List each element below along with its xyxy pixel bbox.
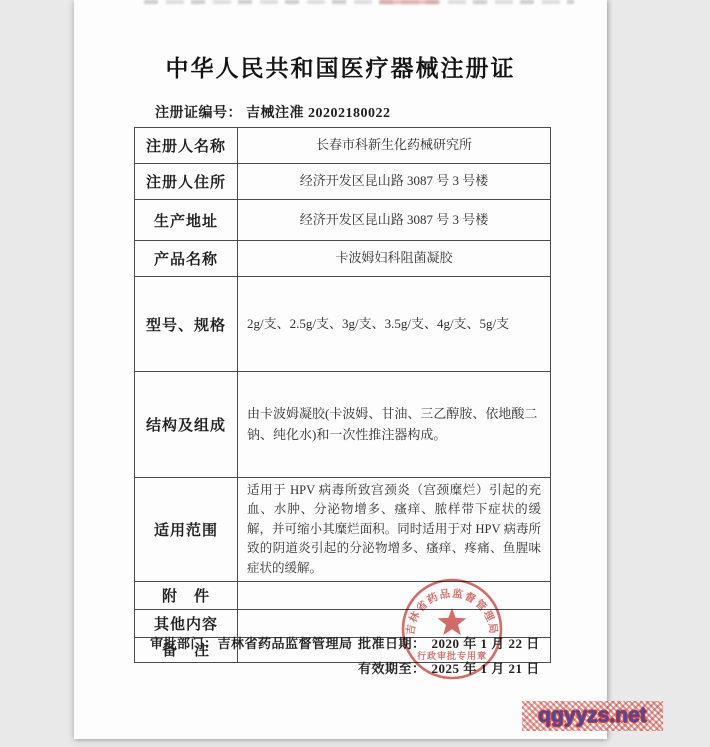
row-value: 长春市科新生化药械研究所 [238, 128, 551, 164]
site-watermark-text: qgyyzs.net [538, 704, 647, 728]
registration-number-label: 注册证编号： [155, 106, 242, 121]
table-row: 结构及组成 由卡波姆凝胶(卡波姆、甘油、三乙醇胺、依地酸二钠、纯化水)和一次性推… [135, 372, 551, 478]
row-value: 适用于 HPV 病毒所致宫颈炎（宫颈糜烂）引起的充血、水肿、分泌物增多、瘙痒、脓… [238, 478, 551, 582]
row-value: 由卡波姆凝胶(卡波姆、甘油、三乙醇胺、依地酸二钠、纯化水)和一次性推注器构成。 [238, 372, 551, 478]
scanned-certificate-stage: 中华人民共和国医疗器械注册证 注册证编号：吉械注准 20202180022 注册… [0, 0, 710, 747]
table-row: 生产地址 经济开发区昆山路 3087 号 3 号楼 [135, 200, 551, 241]
approval-date-line: 批准日期：2020 年 1 月 22 日 [358, 633, 540, 652]
approval-department-line: 审批部门：吉林省药品监督管理局 [150, 633, 353, 652]
row-label: 附 件 [135, 581, 238, 609]
row-label: 生产地址 [135, 200, 238, 241]
registration-number-line: 注册证编号：吉械注准 20202180022 [155, 102, 391, 122]
certificate-table: 注册人名称 长春市科新生化药械研究所 注册人住所 经济开发区昆山路 3087 号… [134, 127, 551, 663]
approval-department-value: 吉林省药品监督管理局 [218, 636, 353, 651]
certificate-page: 中华人民共和国医疗器械注册证 注册证编号：吉械注准 20202180022 注册… [74, 0, 607, 739]
table-row: 注册人住所 经济开发区昆山路 3087 号 3 号楼 [135, 164, 551, 200]
row-value [238, 581, 551, 609]
registration-number-value: 吉械注准 20202180022 [246, 106, 391, 121]
scan-cutoff-artifact [144, 0, 574, 5]
valid-until-label: 有效期至： [358, 661, 426, 676]
certificate-title: 中华人民共和国医疗器械注册证 [74, 50, 607, 83]
valid-until-line: 有效期至：2025 年 1 月 21 日 [358, 658, 540, 677]
approval-date-label: 批准日期： [358, 636, 426, 651]
row-value: 2g/支、2.5g/支、3g/支、3.5g/支、4g/支、5g/支 [238, 277, 551, 372]
row-label: 结构及组成 [135, 372, 238, 478]
site-watermark: qgyyzs.net [522, 701, 663, 731]
row-label: 注册人名称 [135, 128, 238, 164]
table-row: 适用范围 适用于 HPV 病毒所致宫颈炎（宫颈糜烂）引起的充血、水肿、分泌物增多… [135, 478, 551, 582]
valid-until-value: 2025 年 1 月 21 日 [432, 661, 540, 676]
table-row: 产品名称 卡波姆妇科阻菌凝胶 [135, 241, 551, 277]
row-label: 适用范围 [135, 478, 238, 582]
row-value: 经济开发区昆山路 3087 号 3 号楼 [238, 164, 551, 200]
row-label: 注册人住所 [135, 164, 238, 200]
scan-smear-red [380, 0, 438, 4]
table-row: 注册人名称 长春市科新生化药械研究所 [135, 128, 551, 164]
table-row: 型号、规格 2g/支、2.5g/支、3g/支、3.5g/支、4g/支、5g/支 [135, 277, 551, 372]
row-value: 经济开发区昆山路 3087 号 3 号楼 [238, 200, 551, 241]
row-label: 产品名称 [135, 241, 238, 277]
table-row: 附 件 [135, 581, 551, 609]
row-value: 卡波姆妇科阻菌凝胶 [238, 241, 551, 277]
scan-smear-gray [144, 0, 574, 4]
row-label: 型号、规格 [135, 277, 238, 372]
approval-department-label: 审批部门： [150, 636, 218, 651]
approval-date-value: 2020 年 1 月 22 日 [432, 636, 540, 651]
